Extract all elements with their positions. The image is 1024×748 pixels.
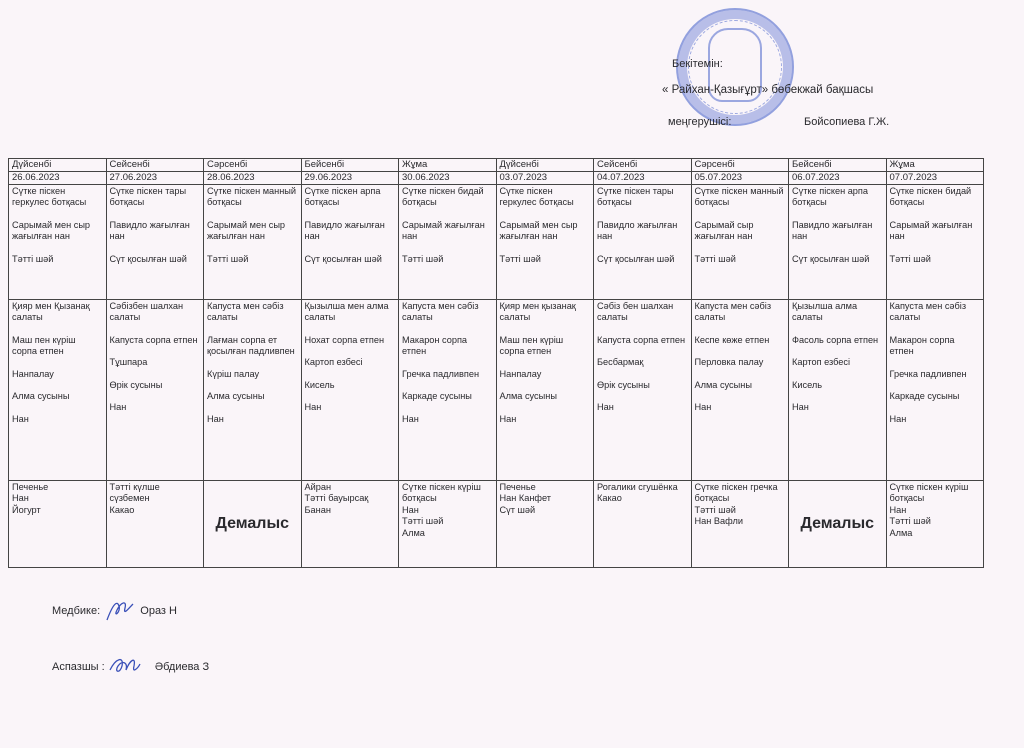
spacer bbox=[110, 346, 201, 357]
menu-item: Сүтке піскен манный ботқасы bbox=[695, 186, 786, 209]
menu-item: Сүт қосылған шәй bbox=[597, 254, 688, 266]
menu-item: Қызылша мен алма салаты bbox=[305, 301, 396, 324]
menu-table: ДүйсенбіСейсенбіСәрсенбіБейсенбіЖұмаДүйс… bbox=[8, 158, 984, 568]
spacer bbox=[500, 403, 591, 414]
spacer bbox=[110, 209, 201, 220]
menu-item: Сүтке піскен геркулес ботқасы bbox=[500, 186, 591, 209]
spacer bbox=[305, 243, 396, 254]
rest-day-cell: Демалыс bbox=[204, 480, 302, 567]
menu-item: Сарымай мен сыр жағылған нан bbox=[12, 220, 103, 243]
menu-item: Нан bbox=[12, 414, 103, 426]
menu-item: Нан bbox=[305, 402, 396, 414]
date-row: 26.06.202327.06.202328.06.202329.06.2023… bbox=[9, 171, 984, 184]
day-cell: Сәрсенбі bbox=[691, 159, 789, 172]
spacer bbox=[695, 243, 786, 254]
menu-item: Картоп езбесі bbox=[792, 357, 883, 369]
spacer bbox=[890, 243, 981, 254]
snack-cell: Сүтке піскен күріш ботқасыНанТәтті шәйАл… bbox=[886, 480, 984, 567]
date-cell: 07.07.2023 bbox=[886, 171, 984, 184]
menu-item: Гречка падливпен bbox=[890, 369, 981, 381]
cook-signature-row: Аспазшы : Әбдиева З bbox=[52, 654, 209, 680]
spacer bbox=[890, 403, 981, 414]
menu-item: Алма сусыны bbox=[695, 380, 786, 392]
cook-name: Әбдиева З bbox=[155, 661, 209, 673]
menu-item: Сүтке піскен күріш ботқасы bbox=[402, 482, 493, 505]
menu-item: Тәтті күлше сүзбемен bbox=[110, 482, 201, 505]
menu-item: Павидло жағылған нан bbox=[597, 220, 688, 243]
spacer bbox=[110, 243, 201, 254]
menu-item: Нан Канфет bbox=[500, 493, 591, 505]
day-header-row: ДүйсенбіСейсенбіСәрсенбіБейсенбіЖұмаДүйс… bbox=[9, 159, 984, 172]
cook-label: Аспазшы : bbox=[52, 661, 105, 673]
menu-item: Какао bbox=[597, 493, 688, 505]
nurse-label: Медбике: bbox=[52, 605, 100, 617]
spacer bbox=[12, 324, 103, 335]
menu-item: Кеспе көже етпен bbox=[695, 335, 786, 347]
lunch-cell: Капуста мен сәбіз салатыКеспе көже етпен… bbox=[691, 299, 789, 480]
spacer bbox=[695, 324, 786, 335]
day-cell: Дүйсенбі bbox=[496, 159, 594, 172]
menu-item: Алма сусыны bbox=[12, 391, 103, 403]
approval-block: Бекітемін: « Райхан-Қазығұрт» бөбекжай б… bbox=[640, 48, 940, 138]
menu-item: Нан bbox=[110, 402, 201, 414]
spacer bbox=[597, 369, 688, 380]
date-cell: 05.07.2023 bbox=[691, 171, 789, 184]
menu-item: Нан bbox=[695, 402, 786, 414]
menu-item: Тәтті шәй bbox=[890, 254, 981, 266]
snack-cell: ПеченьеНан КанфетСүт шәй bbox=[496, 480, 594, 567]
menu-item: Нан bbox=[890, 505, 981, 517]
menu-item: Нан bbox=[890, 414, 981, 426]
menu-item: Тәтті шәй bbox=[402, 516, 493, 528]
menu-item: Сүт шәй bbox=[500, 505, 591, 517]
lunch-cell: Капуста мен сәбіз салатыЛағман сорпа ет … bbox=[204, 299, 302, 480]
menu-item: Банан bbox=[305, 505, 396, 517]
menu-item: Тәтті бауырсақ bbox=[305, 493, 396, 505]
menu-item: Кисель bbox=[792, 380, 883, 392]
spacer bbox=[792, 346, 883, 357]
spacer bbox=[207, 243, 298, 254]
menu-item: Алма bbox=[890, 528, 981, 540]
breakfast-cell: Сүтке піскен тары ботқасыПавидло жағылға… bbox=[594, 184, 692, 299]
nurse-name: Ораз Н bbox=[140, 605, 177, 617]
menu-document: Бекітемін: « Райхан-Қазығұрт» бөбекжай б… bbox=[0, 0, 1024, 748]
spacer bbox=[305, 369, 396, 380]
breakfast-cell: Сүтке піскен манный ботқасыСарымай сыр ж… bbox=[691, 184, 789, 299]
snack-row: ПеченьеНанЙогуртТәтті күлше сүзбеменКака… bbox=[9, 480, 984, 567]
menu-item: Павидло жағылған нан bbox=[110, 220, 201, 243]
menu-item: Алма сусыны bbox=[500, 391, 591, 403]
breakfast-cell: Сүтке піскен геркулес ботқасыСарымай мен… bbox=[9, 184, 107, 299]
breakfast-cell: Сүтке піскен тары ботқасыПавидло жағылға… bbox=[106, 184, 204, 299]
breakfast-cell: Сүтке піскен манный ботқасыСарымай мен с… bbox=[204, 184, 302, 299]
menu-item: Перловка палау bbox=[695, 357, 786, 369]
date-cell: 27.06.2023 bbox=[106, 171, 204, 184]
spacer bbox=[500, 243, 591, 254]
menu-item: Павидло жағылған нан bbox=[305, 220, 396, 243]
menu-item: Сарымай жағылған нан bbox=[890, 220, 981, 243]
date-cell: 06.07.2023 bbox=[789, 171, 887, 184]
menu-item: Өрік сусыны bbox=[110, 380, 201, 392]
day-cell: Бейсенбі bbox=[301, 159, 399, 172]
spacer bbox=[792, 209, 883, 220]
menu-item: Нан bbox=[12, 493, 103, 505]
menu-item: Тұшпара bbox=[110, 357, 201, 369]
spacer bbox=[305, 346, 396, 357]
menu-item: Рогалики сгушёнка bbox=[597, 482, 688, 494]
spacer bbox=[12, 380, 103, 391]
head-name: Бойсопиева Г.Ж. bbox=[804, 116, 889, 128]
menu-item: Павидло жағылған нан bbox=[792, 220, 883, 243]
spacer bbox=[402, 380, 493, 391]
spacer bbox=[305, 391, 396, 402]
menu-item: Капуста мен сәбіз салаты bbox=[207, 301, 298, 324]
spacer bbox=[792, 324, 883, 335]
menu-item: Сарымай мен сыр жағылған нан bbox=[207, 220, 298, 243]
menu-item: Лағман сорпа ет қосылған падливпен bbox=[207, 335, 298, 358]
spacer bbox=[597, 346, 688, 357]
menu-item: Капуста мен сәбіз салаты bbox=[695, 301, 786, 324]
lunch-row: Қияр мен Қызанақ салатыМаш пен күріш сор… bbox=[9, 299, 984, 480]
spacer bbox=[500, 209, 591, 220]
menu-item: Маш пен күріш сорпа етпен bbox=[500, 335, 591, 358]
snack-cell: Сүтке піскен гречка ботқасыТәтті шәйНан … bbox=[691, 480, 789, 567]
menu-item: Нан bbox=[207, 414, 298, 426]
menu-item: Қияр мен қызанақ салаты bbox=[500, 301, 591, 324]
menu-item: Тәтті шәй bbox=[402, 254, 493, 266]
spacer bbox=[695, 346, 786, 357]
menu-item: Тәтті шәй bbox=[890, 516, 981, 528]
spacer bbox=[402, 358, 493, 369]
day-cell: Жұма bbox=[399, 159, 497, 172]
menu-item: Сүтке піскен геркулес ботқасы bbox=[12, 186, 103, 209]
nurse-signature-row: Медбике: Ораз Н bbox=[52, 598, 177, 624]
day-cell: Сейсенбі bbox=[594, 159, 692, 172]
menu-item: Нохат сорпа етпен bbox=[305, 335, 396, 347]
menu-item: Қызылша алма салаты bbox=[792, 301, 883, 324]
menu-item: Фасоль сорпа етпен bbox=[792, 335, 883, 347]
day-cell: Бейсенбі bbox=[789, 159, 887, 172]
menu-item: Бесбармақ bbox=[597, 357, 688, 369]
menu-item: Сарымай жағылған нан bbox=[402, 220, 493, 243]
date-cell: 26.06.2023 bbox=[9, 171, 107, 184]
spacer bbox=[110, 369, 201, 380]
menu-item: Макарон сорпа етпен bbox=[890, 335, 981, 358]
menu-item: Сүтке піскен бидай ботқасы bbox=[402, 186, 493, 209]
snack-cell: АйранТәтті бауырсақБанан bbox=[301, 480, 399, 567]
date-cell: 28.06.2023 bbox=[204, 171, 302, 184]
lunch-cell: Қияр мен Қызанақ салатыМаш пен күріш сор… bbox=[9, 299, 107, 480]
menu-item: Тәтті шәй bbox=[695, 505, 786, 517]
menu-item: Сүтке піскен бидай ботқасы bbox=[890, 186, 981, 209]
spacer bbox=[402, 324, 493, 335]
spacer bbox=[207, 380, 298, 391]
menu-item: Каркаде сусыны bbox=[402, 391, 493, 403]
date-cell: 30.06.2023 bbox=[399, 171, 497, 184]
menu-item: Сәбіз бен шалхан салаты bbox=[597, 301, 688, 324]
menu-item: Сүтке піскен арпа ботқасы bbox=[792, 186, 883, 209]
spacer bbox=[207, 403, 298, 414]
day-cell: Жұма bbox=[886, 159, 984, 172]
menu-item: Сүтке піскен манный ботқасы bbox=[207, 186, 298, 209]
menu-item: Сүт қосылған шәй bbox=[110, 254, 201, 266]
menu-item: Айран bbox=[305, 482, 396, 494]
breakfast-row: Сүтке піскен геркулес ботқасыСарымай мен… bbox=[9, 184, 984, 299]
spacer bbox=[792, 243, 883, 254]
menu-item: Сүтке піскен тары ботқасы bbox=[597, 186, 688, 209]
day-cell: Дүйсенбі bbox=[9, 159, 107, 172]
spacer bbox=[695, 209, 786, 220]
snack-cell: Тәтті күлше сүзбеменКакао bbox=[106, 480, 204, 567]
spacer bbox=[207, 324, 298, 335]
spacer bbox=[305, 209, 396, 220]
menu-item: Тәтті шәй bbox=[12, 254, 103, 266]
lunch-cell: Капуста мен сәбіз салатыМакарон сорпа ет… bbox=[886, 299, 984, 480]
menu-item: Нан bbox=[597, 402, 688, 414]
menu-item: Макарон сорпа етпен bbox=[402, 335, 493, 358]
spacer bbox=[890, 358, 981, 369]
snack-cell: Рогалики сгушёнкаКакао bbox=[594, 480, 692, 567]
menu-item: Нан Вафли bbox=[695, 516, 786, 528]
approved-label: Бекітемін: bbox=[672, 58, 723, 70]
cook-signature-icon bbox=[108, 654, 142, 680]
spacer bbox=[12, 243, 103, 254]
menu-item: Печенье bbox=[12, 482, 103, 494]
spacer bbox=[792, 369, 883, 380]
spacer bbox=[110, 324, 201, 335]
date-cell: 04.07.2023 bbox=[594, 171, 692, 184]
lunch-cell: Сәбіз бен шалхан салатыКапуста сорпа етп… bbox=[594, 299, 692, 480]
nurse-signature-icon bbox=[103, 598, 137, 624]
menu-item: Маш пен күріш сорпа етпен bbox=[12, 335, 103, 358]
breakfast-cell: Сүтке піскен геркулес ботқасыСарымай мен… bbox=[496, 184, 594, 299]
spacer bbox=[695, 369, 786, 380]
menu-item: Сарымай мен сыр жағылған нан bbox=[500, 220, 591, 243]
menu-item: Каркаде сусыны bbox=[890, 391, 981, 403]
date-cell: 03.07.2023 bbox=[496, 171, 594, 184]
rest-day-cell: Демалыс bbox=[789, 480, 887, 567]
spacer bbox=[597, 209, 688, 220]
menu-item: Капуста сорпа етпен bbox=[110, 335, 201, 347]
date-cell: 29.06.2023 bbox=[301, 171, 399, 184]
spacer bbox=[500, 324, 591, 335]
spacer bbox=[110, 391, 201, 402]
institution-name: « Райхан-Қазығұрт» бөбекжай бақшасы bbox=[662, 84, 873, 96]
menu-item: Қияр мен Қызанақ салаты bbox=[12, 301, 103, 324]
menu-item: Сүтке піскен гречка ботқасы bbox=[695, 482, 786, 505]
breakfast-cell: Сүтке піскен бидай ботқасыСарымай жағылғ… bbox=[886, 184, 984, 299]
spacer bbox=[207, 209, 298, 220]
spacer bbox=[597, 324, 688, 335]
menu-item: Алма сусыны bbox=[207, 391, 298, 403]
spacer bbox=[597, 243, 688, 254]
breakfast-cell: Сүтке піскен арпа ботқасыПавидло жағылға… bbox=[789, 184, 887, 299]
spacer bbox=[12, 403, 103, 414]
menu-item: Күріш палау bbox=[207, 369, 298, 381]
menu-item: Сүтке піскен арпа ботқасы bbox=[305, 186, 396, 209]
spacer bbox=[500, 380, 591, 391]
menu-item: Гречка падливпен bbox=[402, 369, 493, 381]
spacer bbox=[890, 209, 981, 220]
menu-item: Нан bbox=[792, 402, 883, 414]
day-cell: Сейсенбі bbox=[106, 159, 204, 172]
menu-item: Сарымай сыр жағылған нан bbox=[695, 220, 786, 243]
lunch-cell: Капуста мен сәбіз салатыМакарон сорпа ет… bbox=[399, 299, 497, 480]
menu-item: Сәбізбен шалхан салаты bbox=[110, 301, 201, 324]
lunch-cell: Қызылша алма салатыФасоль сорпа етпенКар… bbox=[789, 299, 887, 480]
head-role: меңгерушісі: bbox=[668, 116, 731, 128]
spacer bbox=[695, 391, 786, 402]
menu-item: Кисель bbox=[305, 380, 396, 392]
spacer bbox=[792, 391, 883, 402]
menu-item: Өрік сусыны bbox=[597, 380, 688, 392]
spacer bbox=[402, 403, 493, 414]
spacer bbox=[402, 243, 493, 254]
menu-item: Йогурт bbox=[12, 505, 103, 517]
spacer bbox=[402, 209, 493, 220]
menu-item: Сүт қосылған шәй bbox=[792, 254, 883, 266]
menu-item: Тәтті шәй bbox=[207, 254, 298, 266]
menu-item: Тәтті шәй bbox=[500, 254, 591, 266]
lunch-cell: Сәбізбен шалхан салатыКапуста сорпа етпе… bbox=[106, 299, 204, 480]
menu-item: Капуста мен сәбіз салаты bbox=[890, 301, 981, 324]
breakfast-cell: Сүтке піскен бидай ботқасыСарымай жағылғ… bbox=[399, 184, 497, 299]
menu-item: Нанпалау bbox=[12, 369, 103, 381]
menu-item: Печенье bbox=[500, 482, 591, 494]
menu-item: Нан bbox=[402, 505, 493, 517]
menu-item: Нан bbox=[500, 414, 591, 426]
spacer bbox=[305, 324, 396, 335]
snack-cell: ПеченьеНанЙогурт bbox=[9, 480, 107, 567]
spacer bbox=[500, 358, 591, 369]
lunch-cell: Қияр мен қызанақ салатыМаш пен күріш сор… bbox=[496, 299, 594, 480]
menu-item: Тәтті шәй bbox=[695, 254, 786, 266]
menu-item: Капуста мен сәбіз салаты bbox=[402, 301, 493, 324]
menu-item: Нанпалау bbox=[500, 369, 591, 381]
menu-item: Сүт қосылған шәй bbox=[305, 254, 396, 266]
menu-item: Картоп езбесі bbox=[305, 357, 396, 369]
breakfast-cell: Сүтке піскен арпа ботқасыПавидло жағылға… bbox=[301, 184, 399, 299]
menu-item: Нан bbox=[402, 414, 493, 426]
spacer bbox=[12, 358, 103, 369]
snack-cell: Сүтке піскен күріш ботқасыНанТәтті шәйАл… bbox=[399, 480, 497, 567]
menu-item: Капуста сорпа етпен bbox=[597, 335, 688, 347]
menu-item: Сүтке піскен күріш ботқасы bbox=[890, 482, 981, 505]
lunch-cell: Қызылша мен алма салатыНохат сорпа етпен… bbox=[301, 299, 399, 480]
spacer bbox=[890, 380, 981, 391]
menu-item: Сүтке піскен тары ботқасы bbox=[110, 186, 201, 209]
menu-item: Какао bbox=[110, 505, 201, 517]
spacer bbox=[207, 358, 298, 369]
spacer bbox=[597, 391, 688, 402]
spacer bbox=[890, 324, 981, 335]
day-cell: Сәрсенбі bbox=[204, 159, 302, 172]
spacer bbox=[12, 209, 103, 220]
menu-item: Алма bbox=[402, 528, 493, 540]
